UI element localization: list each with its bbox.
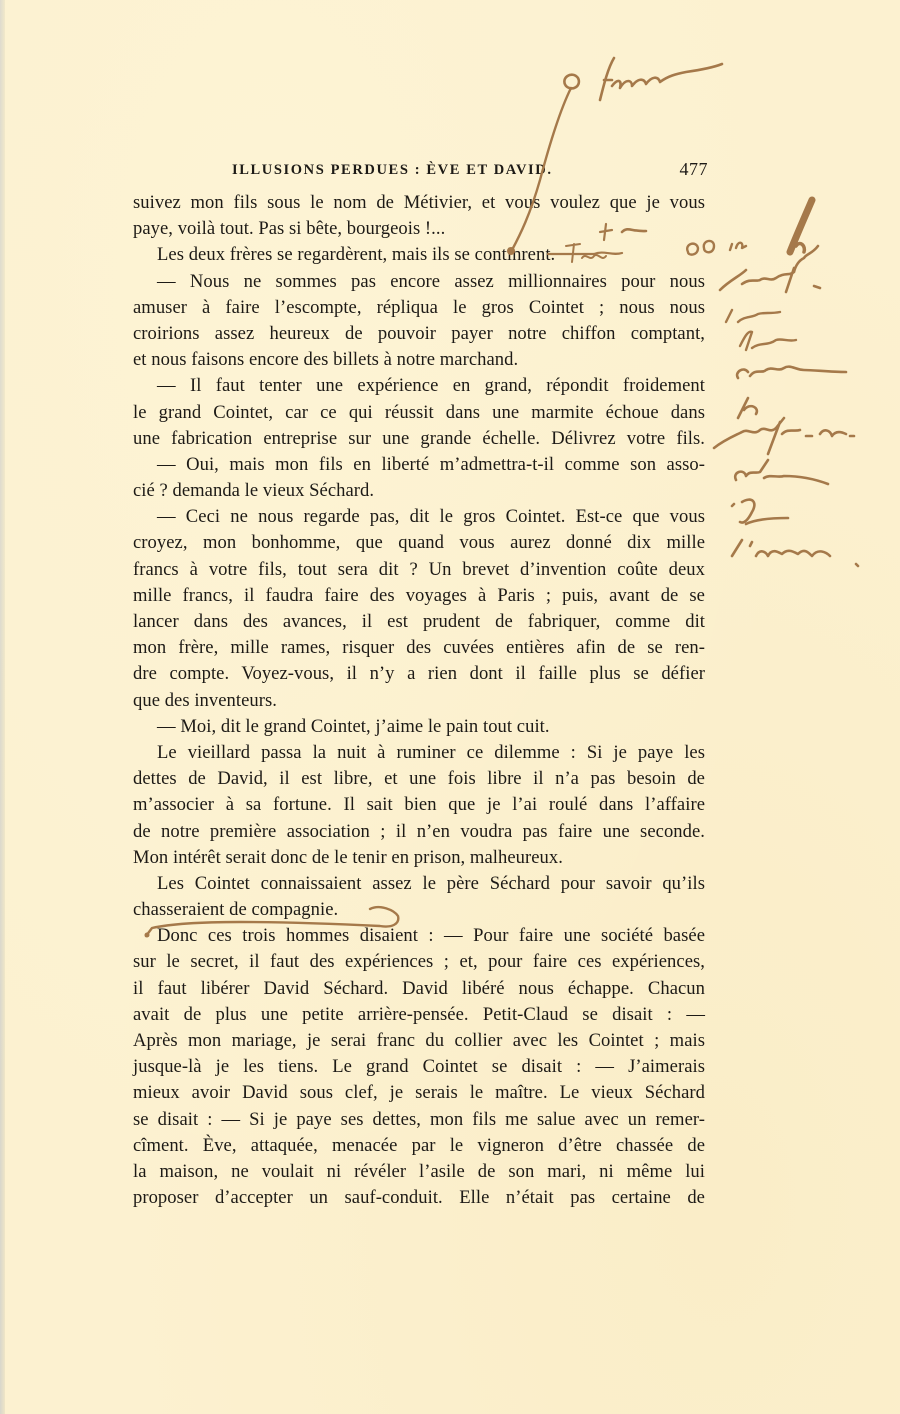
text-line: m’associer à sa fortune. Il sait bien qu… <box>133 792 705 818</box>
text-line: que des inventeurs. <box>133 688 705 714</box>
text-line: avait de plus une petite arrière-pensée.… <box>133 1002 705 1028</box>
margin-leur <box>740 332 796 350</box>
text-line: Après mon mariage, je serai franc du col… <box>133 1028 705 1054</box>
margin-la-a <box>796 244 804 252</box>
text-line: — Oui, mais mon fils en liberté m’admett… <box>133 452 705 478</box>
text-line: — Moi, dit le grand Cointet, j’aime le p… <box>133 714 705 740</box>
text-line: proposer d’accepter un sauf-conduit. Ell… <box>133 1185 705 1211</box>
margin-surpris <box>720 246 820 292</box>
text-line: mieux avoir David sous clef, je serais l… <box>133 1080 705 1106</box>
text-line: croirions assez heureux de pouvoir payer… <box>133 321 705 347</box>
margin-de <box>732 500 788 524</box>
margin-la-stroke <box>790 200 812 252</box>
text-line: Les deux frères se regardèrent, mais ils… <box>133 242 705 268</box>
text-line: et nous faisons encore des billets à not… <box>133 347 705 373</box>
text-line: jusque-là je les tiens. Le grand Cointet… <box>133 1054 705 1080</box>
text-line: francs à votre fils, tout sera dit ? Un … <box>133 557 705 583</box>
text-line: cîment. Ève, attaquée, menacée par le vi… <box>133 1133 705 1159</box>
margin-pour <box>726 310 780 322</box>
text-line: — Ceci ne nous regarde pas, dit le gros … <box>133 504 705 530</box>
text-line: Mon intérêt serait donc de le tenir en p… <box>133 845 705 871</box>
text-line: se disait : — Si je paye ses dettes, mon… <box>133 1107 705 1133</box>
text-line: Donc ces trois hommes disaient : — Pour … <box>133 923 705 949</box>
text-line: cié ? demanda le vieux Séchard. <box>133 478 705 504</box>
page-left-edge <box>0 0 5 1414</box>
margin-lavers <box>732 540 858 566</box>
margin-perspica <box>714 418 854 454</box>
margin-course <box>737 367 846 378</box>
text-line: mille francs, il faudra faire des voyage… <box>133 583 705 609</box>
text-line: Les Cointet connaissaient assez le père … <box>133 871 705 897</box>
body-text: suivez mon fils sous le nom de Métivier,… <box>133 190 705 1211</box>
text-line: amuser à faire l’escompte, répliqua le g… <box>133 295 705 321</box>
text-line: il faut libérer David Séchard. David lib… <box>133 976 705 1002</box>
text-line: croyez, mon bonhomme, que quand vous aur… <box>133 530 705 556</box>
text-line: suivez mon fils sous le nom de Métivier,… <box>133 190 705 216</box>
text-line: de notre première association ; il n’en … <box>133 819 705 845</box>
top-note-word <box>600 58 722 100</box>
text-line: dre compte. Voyez-vous, il n’y a rien do… <box>133 661 705 687</box>
text-line: Le vieillard passa la nuit à ruminer ce … <box>133 740 705 766</box>
text-line: mon frère, mille rames, risquer des cuvé… <box>133 635 705 661</box>
text-line: paye, voilà tout. Pas si bête, bourgeois… <box>133 216 705 242</box>
margin-ir <box>730 243 746 250</box>
text-line: le grand Cointet, car ce qui réussit dan… <box>133 400 705 426</box>
text-line: — Nous ne sommes pas encore assez millio… <box>133 269 705 295</box>
margin-cite <box>735 460 828 484</box>
top-note-o <box>564 75 579 89</box>
page-number: 477 <box>680 159 709 180</box>
text-line: chasseraient de compagnie. <box>133 897 705 923</box>
text-line: la maison, ne voulait ni révéler l’asile… <box>133 1159 705 1185</box>
text-line: — Il faut tenter une expérience en grand… <box>133 373 705 399</box>
text-line: dettes de David, il est libre, et une fo… <box>133 766 705 792</box>
margin-la-2 <box>738 398 757 418</box>
text-line: sur le secret, il faut des expériences ;… <box>133 949 705 975</box>
running-head: ILLUSIONS PERDUES : ÈVE ET DAVID. 477 <box>232 160 708 182</box>
text-line: une fabrication entreprise sur une grand… <box>133 426 705 452</box>
text-line: lancer dans des avances, il est prudent … <box>133 609 705 635</box>
running-head-title: ILLUSIONS PERDUES : ÈVE ET DAVID. <box>232 162 553 179</box>
